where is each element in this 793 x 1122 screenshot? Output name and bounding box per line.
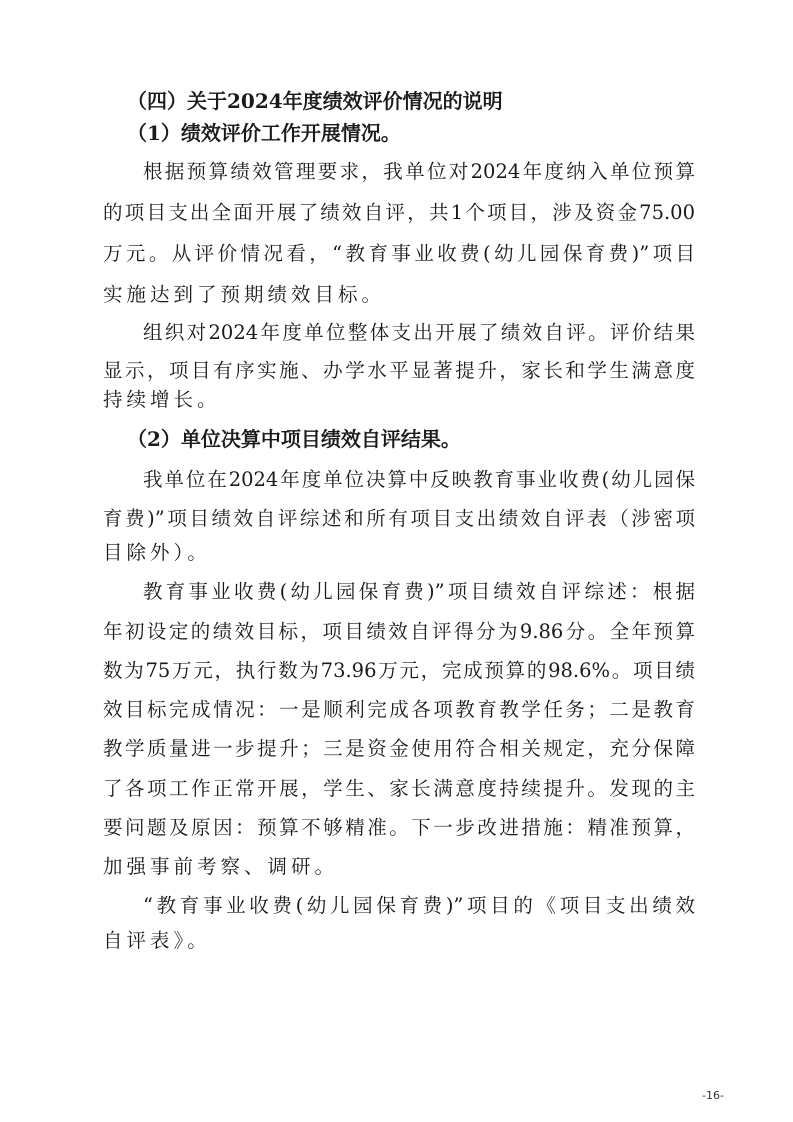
- paragraph-line: 万元。从评价情况看，“教育事业收费(幼儿园保育费)”项目: [103, 239, 695, 269]
- paragraph-line: 组织对2024年度单位整体支出开展了绩效自评。评价结果: [143, 318, 695, 348]
- paragraph-line: 加强事前考察、调研。: [103, 852, 695, 882]
- paragraph-line: 教学质量进一步提升；三是资金使用符合相关规定，充分保障: [103, 734, 695, 764]
- paragraph-line: 自评表》。: [103, 926, 695, 956]
- paragraph-line: 育费)”项目绩效自评综述和所有项目支出绩效自评表（涉密项: [103, 504, 695, 534]
- document-page: （四）关于2024年度绩效评价情况的说明 （1）绩效评价工作开展情况。 根据预算…: [0, 0, 793, 1122]
- paragraph-line: 的项目支出全面开展了绩效自评，共1个项目，涉及资金75.00: [103, 198, 695, 228]
- paragraph-line: 持续增长。: [103, 385, 695, 415]
- paragraph-line: 数为75万元，执行数为73.96万元，完成预算的98.6%。项目绩: [103, 656, 695, 686]
- paragraph-line: 显示，项目有序实施、办学水平显著提升，家长和学生满意度: [103, 356, 695, 386]
- subsection-2-title: （2）单位决算中项目绩效自评结果。: [127, 424, 719, 454]
- paragraph-line: 要问题及原因：预算不够精准。下一步改进措施：精准预算，: [103, 813, 695, 843]
- paragraph-line: 目除外）。: [103, 538, 695, 568]
- paragraph-line: 教育事业收费(幼儿园保育费)”项目绩效自评综述：根据: [143, 577, 695, 607]
- paragraph-line: 了各项工作正常开展，学生、家长满意度持续提升。发现的主: [103, 774, 695, 804]
- paragraph-line: 实施达到了预期绩效目标。: [103, 280, 695, 310]
- paragraph-line: 根据预算绩效管理要求，我单位对2024年度纳入单位预算: [143, 157, 695, 187]
- paragraph-line: “教育事业收费(幼儿园保育费)”项目的《项目支出绩效: [143, 891, 695, 921]
- page-number: -16-: [702, 1089, 724, 1102]
- section-title: （四）关于2024年度绩效评价情况的说明: [127, 86, 719, 116]
- paragraph-line: 年初设定的绩效目标，项目绩效自评得分为9.86分。全年预算: [103, 617, 695, 647]
- paragraph-line: 效目标完成情况：一是顺利完成各项教育教学任务；二是教育: [103, 695, 695, 725]
- subsection-1-title: （1）绩效评价工作开展情况。: [127, 118, 719, 148]
- paragraph-line: 我单位在2024年度单位决算中反映教育事业收费(幼儿园保: [143, 465, 695, 495]
